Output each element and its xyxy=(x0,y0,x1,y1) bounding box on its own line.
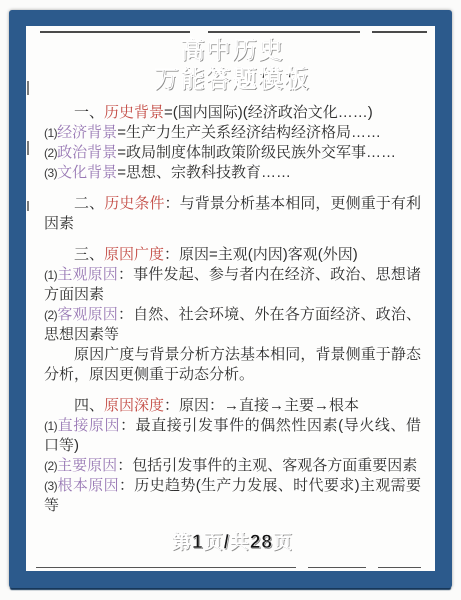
title-line-1: 高中历史 xyxy=(44,36,421,65)
section-item: (1)直接原因：最直接引发事件的偶然性因素(导火线、借口等) xyxy=(44,416,421,456)
item-number: (1) xyxy=(44,126,57,140)
section-cause-breadth: 三、原因广度：原因=主观(内因)客观(外因) (1)主观原因：事件发起、参与者内… xyxy=(44,245,421,385)
item-keyword: 文化背景 xyxy=(57,164,117,181)
item-keyword: 政治背景 xyxy=(57,144,117,161)
photo-background: 高中历史 万能答题模板 一、历史背景=(国内国际)(经济政治文化……) (1)经… xyxy=(0,0,461,600)
item-number: (2) xyxy=(44,459,57,473)
item-text: =生产力生产关系经济结构经济格局…… xyxy=(117,124,381,141)
title-line-2: 万能答题模板 xyxy=(44,65,421,94)
page-number: 第1页/共28页 xyxy=(44,527,421,554)
item-keyword: 主要原因 xyxy=(57,457,117,474)
item-keyword: 根本原因 xyxy=(57,477,119,494)
section-heading: 四、原因深度：原因：→直接→主要→根本 xyxy=(44,396,421,416)
section-text: =(国内国际)(经济政治文化……) xyxy=(164,104,373,121)
section-heading: 一、历史背景=(国内国际)(经济政治文化……) xyxy=(44,103,421,123)
section-heading: 二、历史条件：与背景分析基本相同，更侧重于有利因素 xyxy=(44,194,421,234)
section-item: (3)文化背景=思想、宗教科技教育…… xyxy=(44,163,421,183)
scan-artifact-top-line xyxy=(40,31,427,33)
scan-artifact-bottom-line xyxy=(36,567,421,569)
section-keyword: 原因深度 xyxy=(104,397,164,414)
item-number: (2) xyxy=(44,146,57,160)
section-item: (2)客观原因：自然、社会环境、外在各方面经济、政治、思想因素等 xyxy=(44,305,421,345)
section-number: 一、 xyxy=(74,104,104,121)
section-heading: 三、原因广度：原因=主观(内因)客观(外因) xyxy=(44,245,421,265)
page-title: 高中历史 万能答题模板 xyxy=(44,36,421,94)
document-page: 高中历史 万能答题模板 一、历史背景=(国内国际)(经济政治文化……) (1)经… xyxy=(26,26,435,571)
section-item: (1)经济背景=生产力生产关系经济结构经济格局…… xyxy=(44,123,421,143)
section-item: (3)根本原因：历史趋势(生产力发展、时代要求)主观需要等 xyxy=(44,476,421,516)
item-keyword: 直接原因 xyxy=(57,417,120,434)
section-keyword: 历史条件 xyxy=(104,195,164,212)
item-number: (2) xyxy=(44,308,57,322)
item-keyword: 客观原因 xyxy=(57,306,118,323)
section-note: 原因广度与背景分析方法基本相同，背景侧重于静态分析，原因更侧重于动态分析。 xyxy=(44,345,421,385)
section-number: 四、 xyxy=(74,397,104,414)
item-text: ：包括引发事件的主观、客观各方面重要因素 xyxy=(117,457,417,474)
item-text: =思想、宗教科技教育…… xyxy=(117,164,291,181)
item-number: (3) xyxy=(44,166,57,180)
document-body: 一、历史背景=(国内国际)(经济政治文化……) (1)经济背景=生产力生产关系经… xyxy=(44,103,421,516)
section-cause-depth: 四、原因深度：原因：→直接→主要→根本 (1)直接原因：最直接引发事件的偶然性因… xyxy=(44,396,421,516)
item-number: (1) xyxy=(44,419,57,433)
section-item: (1)主观原因：事件发起、参与者内在经济、政治、思想诸方面因素 xyxy=(44,265,421,305)
section-text: ：原因：→直接→主要→根本 xyxy=(164,397,359,414)
section-item: (2)主要原因：包括引发事件的主观、客观各方面重要因素 xyxy=(44,456,421,476)
section-text: ：原因=主观(内因)客观(外因) xyxy=(164,246,358,263)
item-text: =政局制度体制政策阶级民族外交军事…… xyxy=(117,144,396,161)
section-historical-conditions: 二、历史条件：与背景分析基本相同，更侧重于有利因素 xyxy=(44,194,421,234)
section-keyword: 历史背景 xyxy=(104,104,164,121)
section-item: (2)政治背景=政局制度体制政策阶级民族外交军事…… xyxy=(44,143,421,163)
section-number: 二、 xyxy=(74,195,104,212)
section-number: 三、 xyxy=(74,246,104,263)
item-number: (3) xyxy=(44,479,57,493)
item-keyword: 主观原因 xyxy=(57,266,118,283)
item-number: (1) xyxy=(44,268,57,282)
section-historical-background: 一、历史背景=(国内国际)(经济政治文化……) (1)经济背景=生产力生产关系经… xyxy=(44,103,421,183)
section-keyword: 原因广度 xyxy=(104,246,164,263)
item-keyword: 经济背景 xyxy=(57,124,117,141)
scan-artifact-left-ticks xyxy=(27,81,29,211)
